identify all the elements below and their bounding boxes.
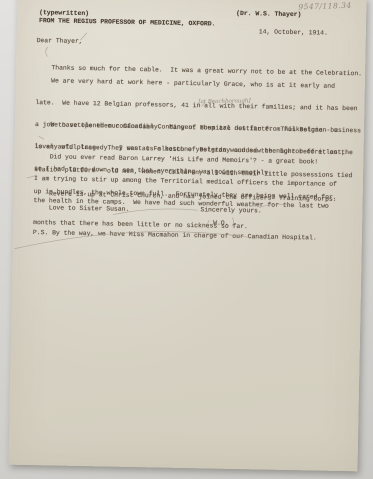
typed-annotation: (typewritten) (39, 9, 89, 17)
paragraph-thanks: Thanks so much for the cable. It was a g… (36, 49, 363, 92)
paragraph-hospital: We have opened our Canadian Contingent H… (34, 106, 346, 193)
pencil-tick-did (39, 136, 44, 139)
date-line: 14, October, 1914. (259, 28, 328, 37)
addressee-note: (Dr. W.S. Thayer) (236, 10, 301, 19)
pencil-paren-right-signature (232, 218, 234, 226)
archival-ref-number: 9547/118.34 (298, 1, 352, 12)
letter-line: We have opened our Canadian Contingent H… (35, 121, 346, 134)
letter-line: station platform - old men, women, child… (34, 166, 360, 180)
postscript-line: P.S. By the way, we have Miss Macmahon i… (33, 229, 317, 242)
letterhead-from-line: FROM THE REGIUS PROFESSOR OF MEDICINE, O… (39, 17, 216, 28)
pencil-swoosh-left-closing (113, 208, 197, 216)
pencil-caret-hospital (201, 103, 204, 106)
letter-line: I am trying to stir up among the Territo… (34, 175, 337, 188)
paragraph-revere: Revere is up at Christ Church, and has j… (33, 175, 337, 218)
letter-line: Revere is up at Christ Church, and has j… (34, 190, 337, 203)
letter-line: lovely old place. They sent us a batch o… (35, 143, 346, 156)
signature-initials: W.O. (213, 219, 228, 227)
scan-background: (typewritten) FROM THE REGIUS PROFESSOR … (0, 0, 373, 479)
pencil-tick-salutation (81, 33, 87, 40)
pencil-marks (8, 0, 366, 471)
pencil-paren-left-signature (208, 220, 210, 228)
paragraph-belgians: We are very hard at work here - particul… (33, 62, 362, 216)
salutation: Dear Thayer, (37, 37, 83, 45)
letter-line: Thanks so much for the cable. It was a g… (36, 64, 362, 78)
letter-line: Love to Sister Susan. (33, 204, 129, 213)
letter-line: the health in the camps. We have had suc… (33, 197, 336, 210)
pencil-long-sweep (15, 229, 249, 254)
pencil-swoosh-right-closing (259, 204, 294, 208)
paragraph-larrey: Did you ever read Baron Larrey 'His Life… (33, 138, 338, 247)
handwritten-insert: [at Beachborough] (198, 98, 250, 105)
letter-line: Did you ever read Baron Larrey 'His Life… (34, 153, 337, 166)
letter-line: late. We have 12 Belgian professors, 41 … (35, 99, 361, 113)
letter-line: up in bundles, the whole town full. Fort… (34, 188, 360, 202)
letter-line: is an awful tragedy. I was at Folkestone… (35, 144, 361, 158)
letter-line: We are very hard at work here - particul… (36, 77, 362, 91)
letter-page: (typewritten) FROM THE REGIUS PROFESSOR … (8, 0, 366, 471)
letter-line: a job to settle them comfortably. Many o… (35, 121, 361, 135)
letter-line: so I had to go down to see that everythi… (34, 165, 345, 178)
pencil-paren-thanks (46, 47, 48, 56)
paragraph-love: Love to Sister Susan. (33, 189, 130, 228)
closing-line: Sincerely yours. (200, 206, 262, 215)
pencil-dash-revere (27, 175, 36, 178)
letter-line: months that there has been little or no … (33, 220, 336, 233)
